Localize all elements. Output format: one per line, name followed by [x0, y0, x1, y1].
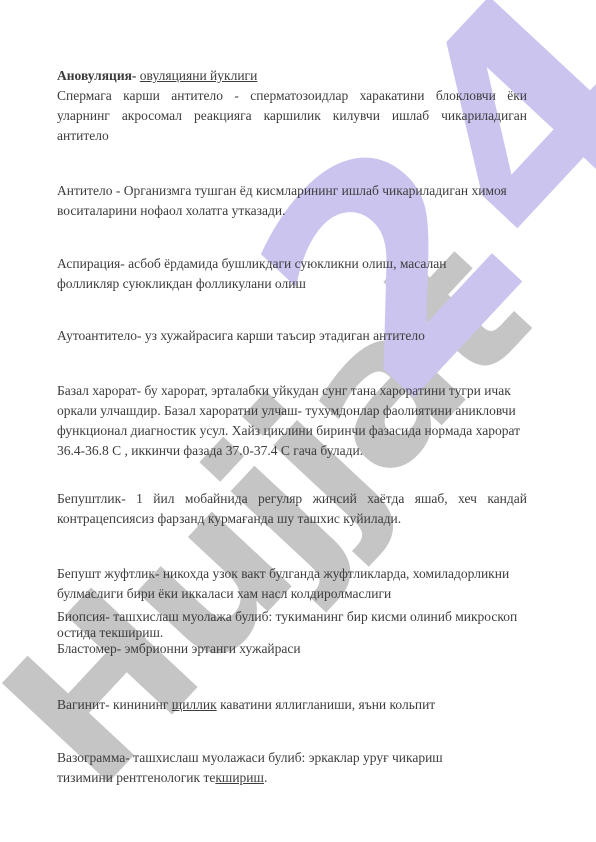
text-line: Вазограмма- ташхислаш муолажаси булиб: э… [57, 748, 527, 768]
text-line: булмаслиги бири ёки иккаласи хам насл ко… [57, 584, 527, 604]
text-run: Базал харорат- бу харорат, эрталабки уйк… [57, 383, 511, 398]
text-run: Антитело - Организмга тушган ёд кисмлари… [57, 183, 507, 198]
text-line: Антитело - Организмга тушган ёд кисмлари… [57, 181, 527, 201]
text-run: тизимини рентгенологик те [57, 770, 215, 785]
paragraph: Базал харорат- бу харорат, эрталабки уйк… [57, 381, 527, 461]
text-line: контрацепсиясиз фарзанд курмағанда шу та… [57, 509, 527, 529]
text-line: тизимини рентгенологик текшириш. [57, 768, 527, 788]
text-line: Ановуляция- овуляцияни йуклиги [57, 66, 527, 86]
text-line: остида текшириш. [57, 625, 527, 641]
paragraph: Антитело - Организмга тушган ёд кисмлари… [57, 181, 527, 221]
text-line: функционал диагностик усул. Хайз циклини… [57, 421, 527, 441]
text-run: Спермага карши антитело - сперматозоидла… [57, 88, 527, 103]
text-run: остида текшириш. [57, 625, 163, 640]
paragraph: Вагинит- кинининг щиллик каватини яллигл… [57, 695, 527, 715]
text-line: уларнинг акросомал реакцияга каршилик ки… [57, 106, 527, 126]
text-run: контрацепсиясиз фарзанд курмағанда шу та… [57, 511, 401, 526]
paragraph: Спермага карши антитело - сперматозоидла… [57, 86, 527, 146]
text-line: Бепушт жуфтлик- никохда узок вакт булган… [57, 564, 527, 584]
text-run: Вазограмма- ташхислаш муолажаси булиб: э… [57, 750, 443, 765]
paragraph: Бепушт жуфтлик- никохда узок вакт булган… [57, 564, 527, 604]
paragraph: Ановуляция- овуляцияни йуклиги [57, 66, 527, 86]
text-run: Биопсия- ташхислаш муолажа булиб: тукима… [57, 609, 517, 624]
text-run: воситаларини нофаол холатга утказади. [57, 203, 285, 218]
text-run: Бластомер- эмбрионни эртанги хужайраси [57, 641, 301, 656]
text-run: Бепушт жуфтлик- никохда узок вакт булган… [57, 566, 509, 581]
text-run: антитело [57, 128, 109, 143]
text-line: Бепуштлик- 1 йил мобайнида регуляр жинси… [57, 489, 527, 509]
document-page: { "page": { "background": "#ffffff", "te… [0, 0, 596, 842]
text-run: Вагинит- кинининг [57, 697, 172, 712]
text-run: каватини яллигланиши, яъни кольпит [217, 697, 436, 712]
text-line: Спермага карши антитело - сперматозоидла… [57, 86, 527, 106]
text-line: антитело [57, 126, 527, 146]
text-run: уларнинг акросомал реакцияга каршилик ки… [57, 108, 527, 123]
text-line: Аутоантитело- уз хужайрасига карши таъси… [57, 326, 527, 346]
text-run: щиллик [172, 697, 217, 712]
text-run: овуляцияни йуклиги [140, 68, 258, 83]
paragraph: Биопсия- ташхислаш муолажа булиб: тукима… [57, 609, 527, 641]
paragraph: Бластомер- эмбрионни эртанги хужайраси [57, 641, 527, 657]
paragraph: Аспирация- асбоб ёрдамида бушликдаги сую… [57, 254, 527, 294]
paragraph: Аутоантитело- уз хужайрасига карши таъси… [57, 326, 527, 346]
text-run: функционал диагностик усул. Хайз циклини… [57, 423, 520, 438]
paragraph: Вазограмма- ташхислаш муолажаси булиб: э… [57, 748, 527, 788]
text-line: Вагинит- кинининг щиллик каватини яллигл… [57, 695, 527, 715]
text-run: булмаслиги бири ёки иккаласи хам насл ко… [57, 586, 391, 601]
text-line: оркали улчашдир. Базал хароратни улчаш- … [57, 401, 527, 421]
text-run: 36.4-36.8 С , иккинчи фазада 37.0-37.4 С… [57, 443, 363, 458]
text-run: Ановуляция- [57, 68, 136, 83]
text-run: кшириш [215, 770, 264, 785]
text-line: Аспирация- асбоб ёрдамида бушликдаги сую… [57, 254, 527, 274]
text-line: воситаларини нофаол холатга утказади. [57, 201, 527, 221]
text-line: фолликляр суюкликдан фолликулани олиш [57, 274, 527, 294]
text-line: Биопсия- ташхислаш муолажа булиб: тукима… [57, 609, 527, 625]
text-run: оркали улчашдир. Базал хароратни улчаш- … [57, 403, 516, 418]
text-line: Базал харорат- бу харорат, эрталабки уйк… [57, 381, 527, 401]
paragraph: Бепуштлик- 1 йил мобайнида регуляр жинси… [57, 489, 527, 529]
text-run: Аутоантитело- уз хужайрасига карши таъси… [57, 328, 425, 343]
document-text-body: Ановуляция- овуляцияни йуклигиСпермага к… [57, 66, 527, 788]
text-line: 36.4-36.8 С , иккинчи фазада 37.0-37.4 С… [57, 441, 527, 461]
text-run: Бепуштлик- 1 йил мобайнида регуляр жинси… [57, 491, 527, 506]
text-run: фолликляр суюкликдан фолликулани олиш [57, 276, 306, 291]
text-run: Аспирация- асбоб ёрдамида бушликдаги сую… [57, 256, 446, 271]
text-line: Бластомер- эмбрионни эртанги хужайраси [57, 641, 527, 657]
text-run: . [264, 770, 267, 785]
